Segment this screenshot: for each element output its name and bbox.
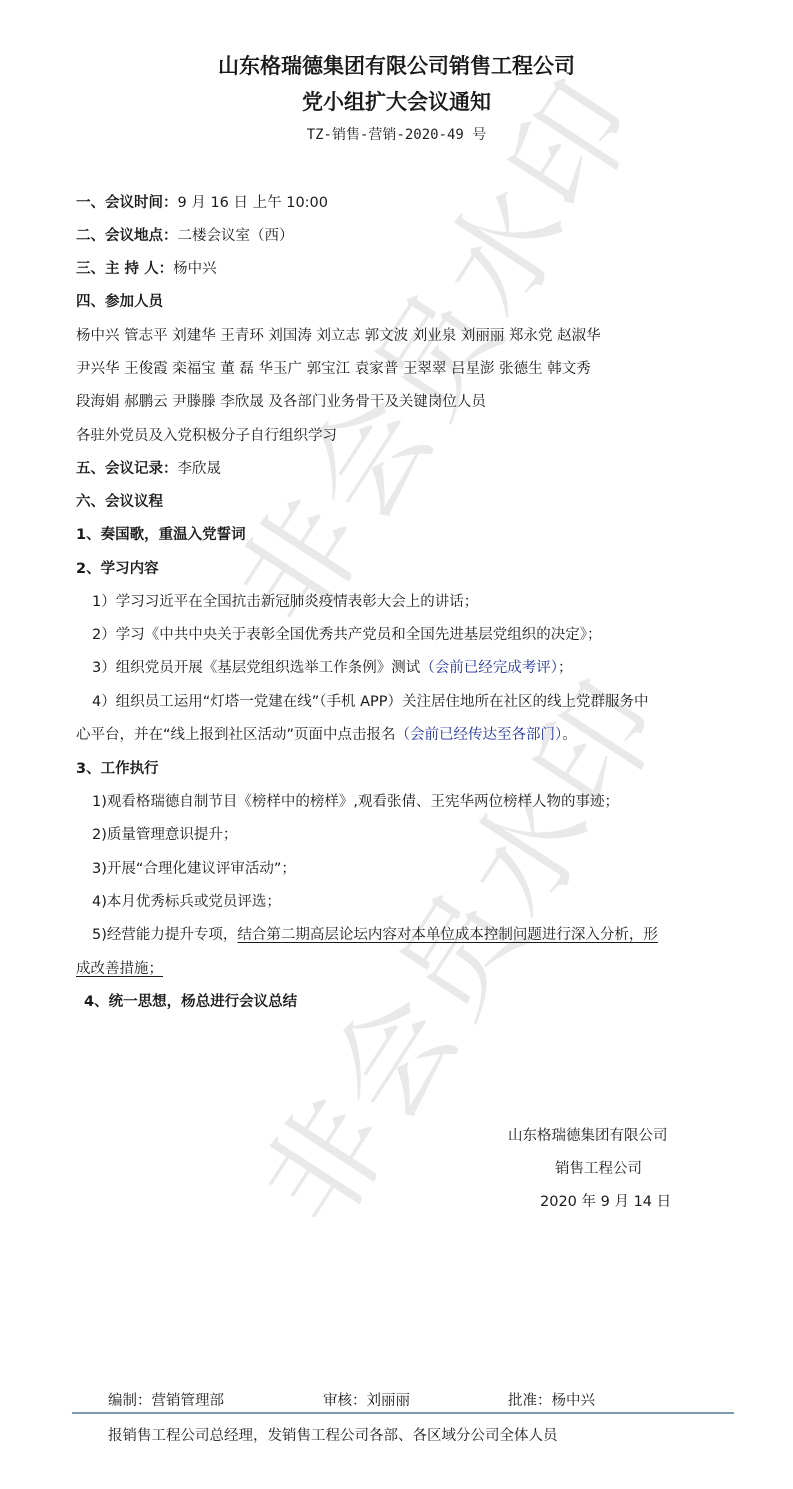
meeting-recorder-value: 李欣晟	[178, 461, 222, 477]
attendees-line: 尹兴华 王俊霞 栾福宝 董 磊 华玉广 郭宝江 袁家普 王翠翠 吕星澎 张德生 …	[76, 357, 591, 378]
work-item-2: 2)质量管理意识提升；	[92, 823, 237, 844]
work-item-5-underlined-cont: 成改善措施；	[76, 961, 163, 977]
attendees-line: 杨中兴 管志平 刘建华 王青环 刘国涛 刘立志 郭文波 刘业泉 刘丽丽 郑永党 …	[76, 324, 601, 345]
distribution-list: 报销售工程公司总经理，发销售工程公司各部、各区域分公司全体人员	[108, 1424, 558, 1445]
document-title: 山东格瑞德集团有限公司销售工程公司	[0, 50, 793, 80]
work-item-5-text: 5)经营能力提升专项，	[92, 927, 237, 943]
agenda-item-4: 4、统一思想，杨总进行会议总结	[84, 990, 297, 1011]
study-item-3: 3）组织党员开展《基层党组织选举工作条例》测试（会前已经完成考评）；	[92, 656, 572, 677]
approved-by: 批准：杨中兴	[508, 1389, 595, 1410]
meeting-time-label: 一、会议时间：	[76, 195, 178, 211]
agenda-item-2: 2、学习内容	[76, 557, 159, 578]
attendees-line: 各驻外党员及入党积极分子自行组织学习	[76, 424, 337, 445]
meeting-host-value: 杨中兴	[173, 261, 217, 277]
signature-company: 山东格瑞德集团有限公司	[508, 1124, 668, 1145]
work-item-4: 4)本月优秀标兵或党员评选；	[92, 890, 281, 911]
meeting-recorder-label: 五、会议记录：	[76, 461, 178, 477]
reviewed-by: 审核：刘丽丽	[323, 1389, 410, 1410]
agenda-item-3: 3、工作执行	[76, 757, 159, 778]
meeting-place-label: 二、会议地点：	[76, 228, 178, 244]
work-item-1: 1)观看格瑞德自制节目《榜样中的榜样》,观看张倩、王宪华两位榜样人物的事迹；	[92, 790, 619, 811]
document-number: TZ-销售-营销-2020-49 号	[0, 124, 793, 144]
agenda-item-1: 1、奏国歌，重温入党誓词	[76, 523, 246, 544]
study-item-4-line1: 4）组织员工运用“灯塔一党建在线”（手机 APP）关注居住地所在社区的线上党群服…	[92, 690, 649, 711]
signature-date: 2020 年 9 月 14 日	[540, 1190, 671, 1211]
attendees-heading: 四、参加人员	[76, 290, 163, 311]
meeting-place-value: 二楼会议室（西）	[178, 228, 294, 244]
study-item-2: 2）学习《中共中央关于表彰全国优秀共产党员和全国先进基层党组织的决定》；	[92, 623, 601, 644]
study-item-1: 1）学习习近平在全国抗击新冠肺炎疫情表彰大会上的讲话；	[92, 590, 478, 611]
study-item-3-text: 3）组织党员开展《基层党组织选举工作条例》测试	[92, 660, 420, 676]
meeting-host-label: 三、主 持 人：	[76, 261, 173, 277]
footer-separator	[72, 1412, 734, 1414]
signature-department: 销售工程公司	[555, 1157, 642, 1178]
work-item-3: 3)开展“合理化建议评审活动”；	[92, 857, 296, 878]
work-item-5-line1: 5)经营能力提升专项，结合第二期高层论坛内容对本单位成本控制问题进行深入分析，形	[92, 923, 658, 944]
study-item-3-note: （会前已经完成考评）	[420, 660, 558, 676]
study-item-4-line2: 心平台，并在“线上报到社区活动”页面中点击报名（会前已经传达至各部门）。	[76, 723, 577, 744]
document-subtitle: 党小组扩大会议通知	[0, 86, 793, 116]
meeting-recorder: 五、会议记录：李欣晟	[76, 457, 221, 478]
study-item-4-text: 心平台，并在“线上报到社区活动”页面中点击报名	[76, 727, 396, 743]
study-item-3-end: ；	[558, 660, 573, 676]
work-item-5-line2: 成改善措施；	[76, 957, 163, 978]
attendees-line: 段海娟 郝鹏云 尹滕滕 李欣晟 及各部门业务骨干及关键岗位人员	[76, 390, 486, 411]
study-item-4-note: （会前已经传达至各部门）	[396, 727, 563, 743]
prepared-by: 编制：营销管理部	[108, 1389, 224, 1410]
meeting-place: 二、会议地点：二楼会议室（西）	[76, 224, 294, 245]
study-item-4-end: 。	[562, 727, 577, 743]
meeting-host: 三、主 持 人：杨中兴	[76, 257, 217, 278]
meeting-time-value: 9 月 16 日 上午 10:00	[178, 195, 329, 211]
meeting-time: 一、会议时间：9 月 16 日 上午 10:00	[76, 191, 328, 212]
work-item-5-underlined: 结合第二期高层论坛内容对本单位成本控制问题进行深入分析，形	[237, 927, 658, 943]
document-page: 非会员水印 非会员水印 山东格瑞德集团有限公司销售工程公司 党小组扩大会议通知 …	[0, 0, 793, 1489]
agenda-heading: 六、会议议程	[76, 490, 163, 511]
